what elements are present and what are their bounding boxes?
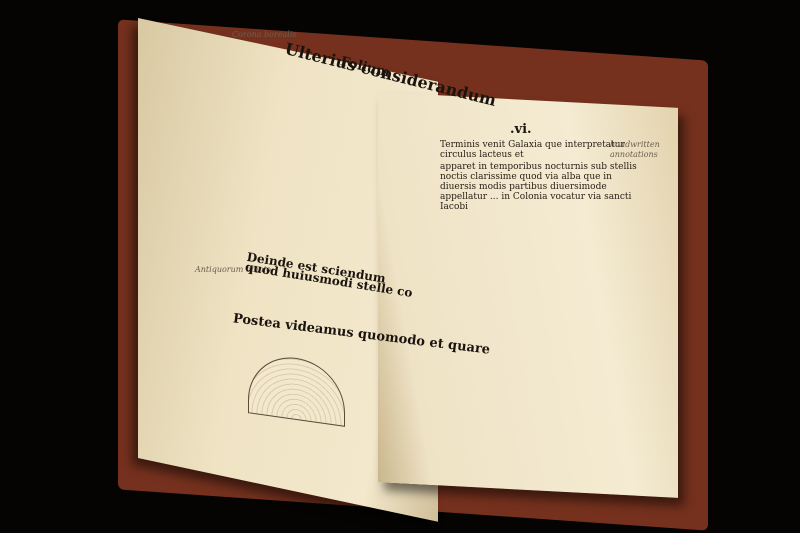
book-photo: Corona borealis Folium Ulterius consider… bbox=[0, 0, 800, 533]
right-body-text: apparet in temporibus nocturnis sub stel… bbox=[440, 162, 640, 212]
folio-number: .vi. bbox=[510, 122, 532, 137]
margin-note-right: handwritten annotations bbox=[610, 140, 670, 160]
